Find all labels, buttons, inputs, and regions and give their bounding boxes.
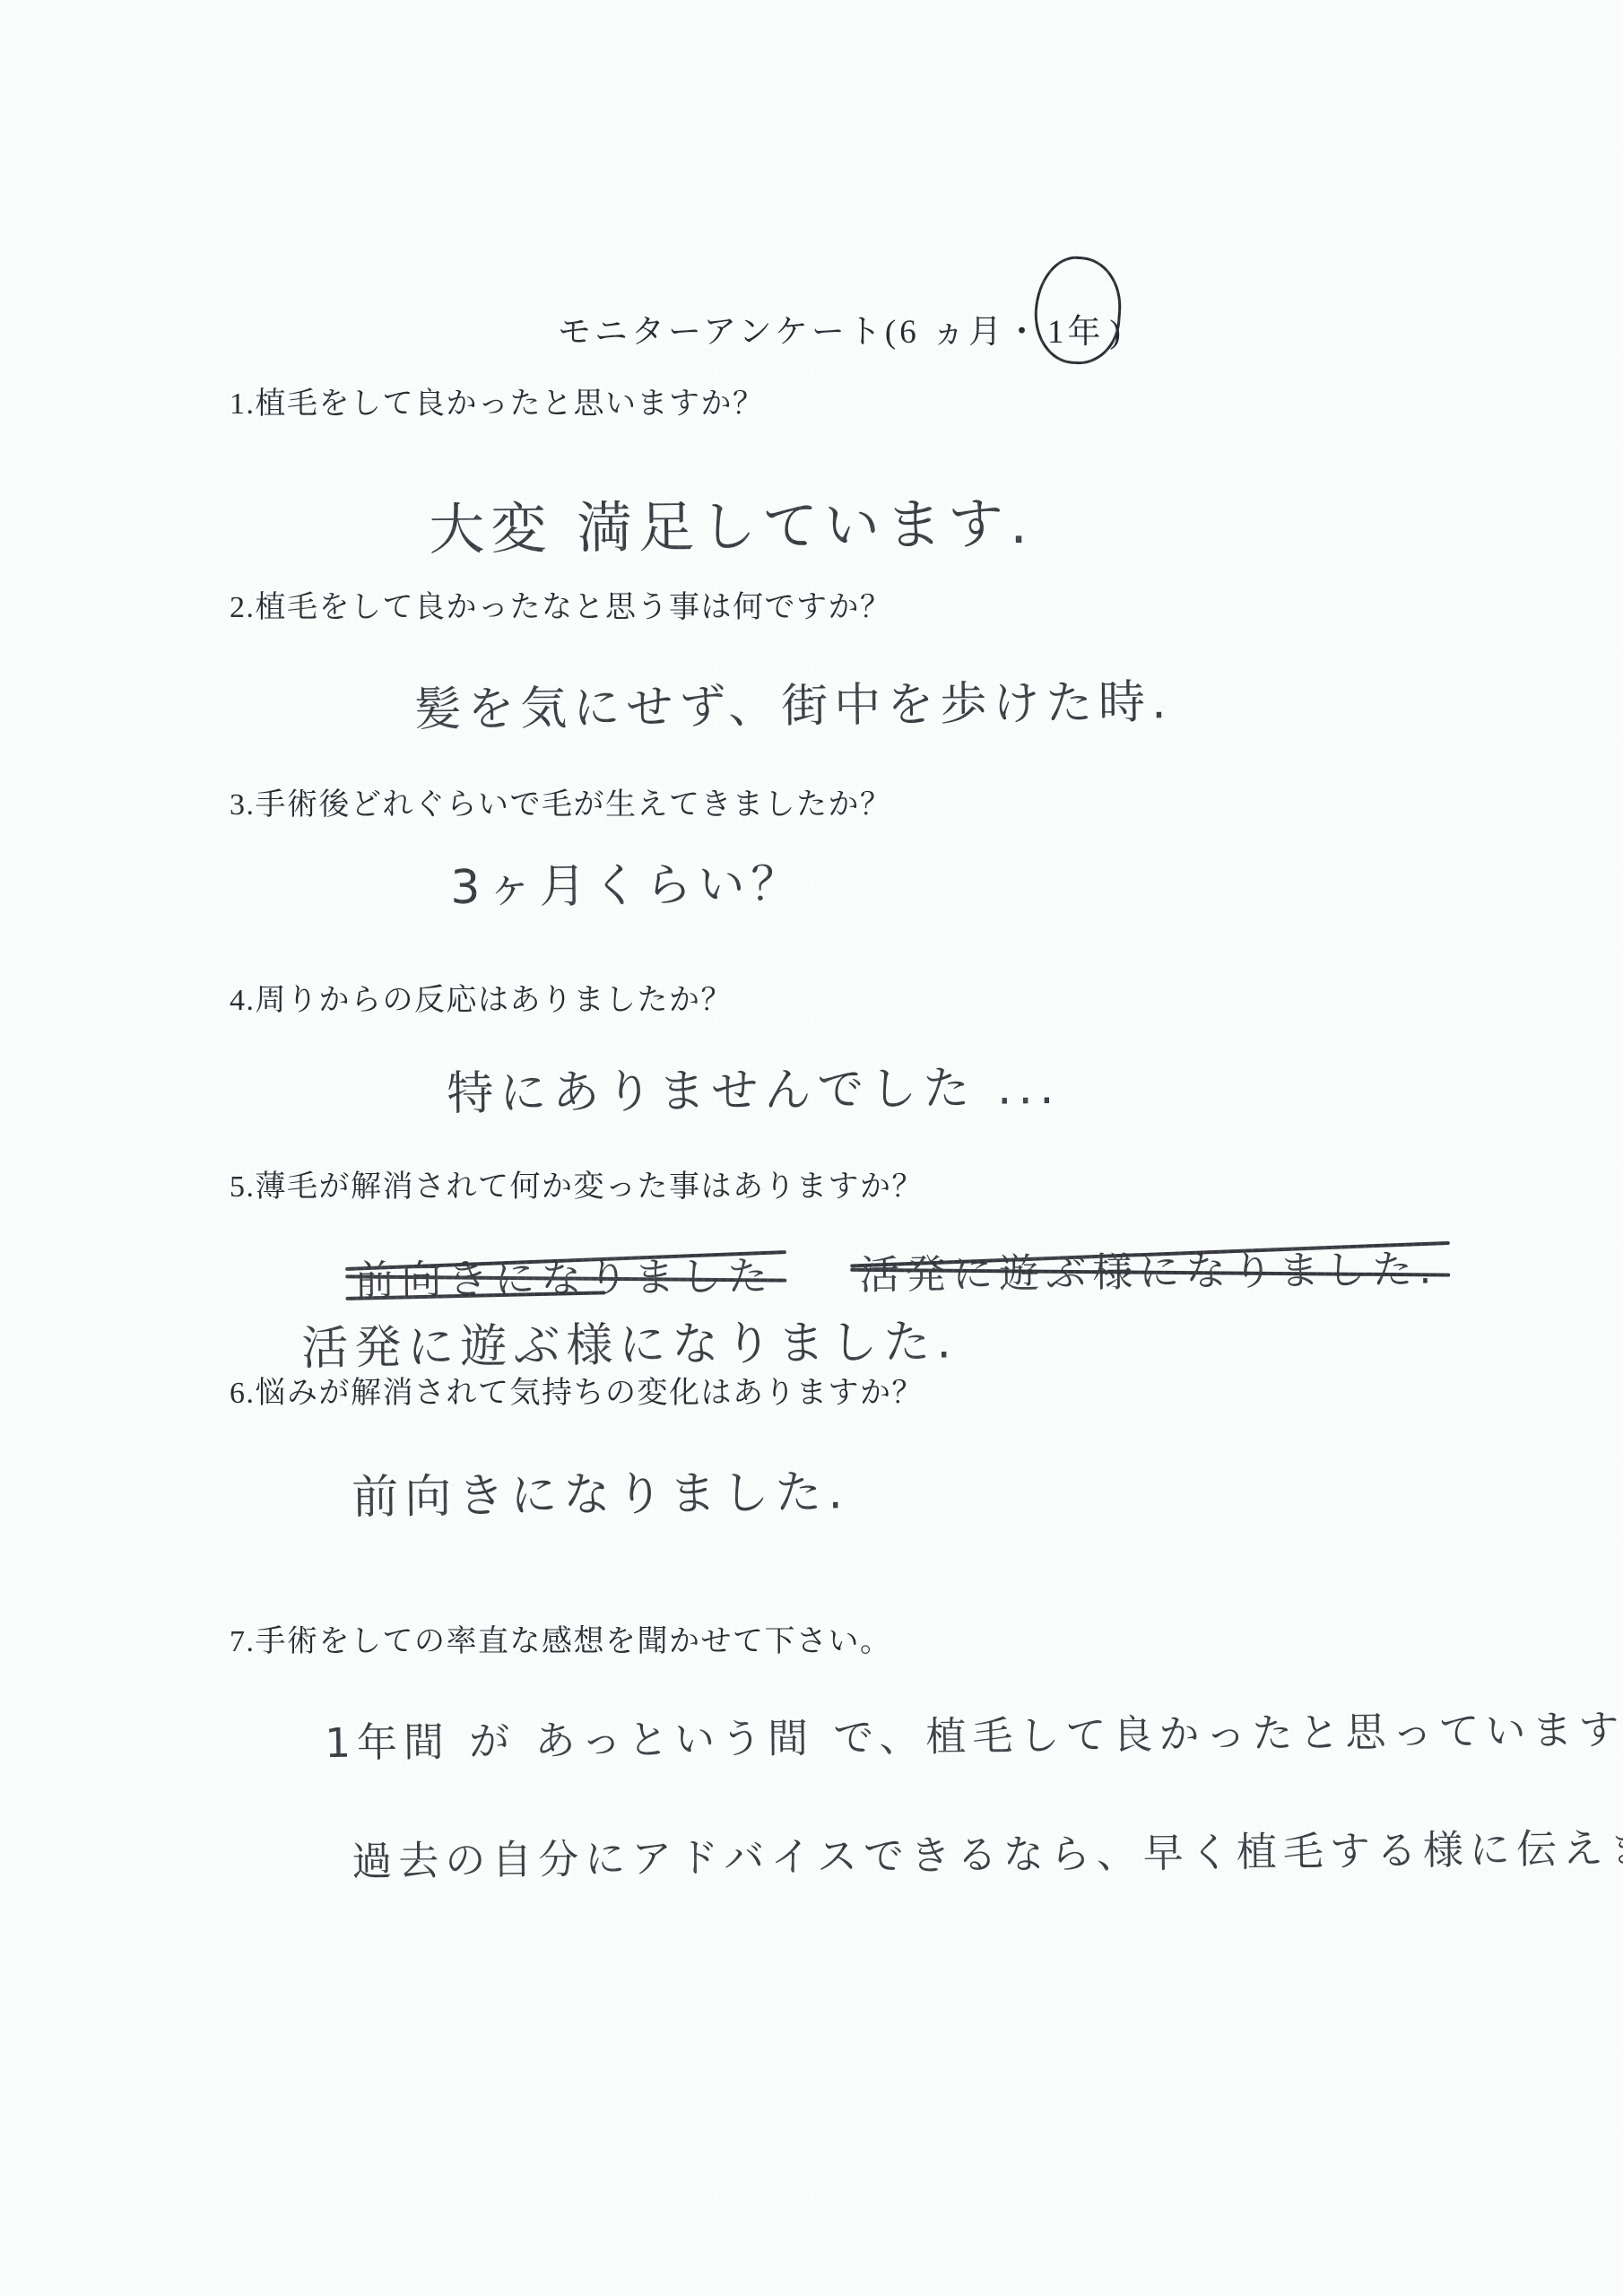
answer-4-handwriting: 特にありませんでした ...: [447, 1059, 1061, 1124]
struck-text-1: 前向きになりました: [354, 1252, 775, 1304]
answer-5-struck-phrase-2: 活発に遊ぶ様になりました.: [859, 1244, 1438, 1300]
answer-1-handwriting: 大変 満足しています.: [429, 489, 1034, 565]
page-title: モニターアンケート(6 ヵ月・1年): [558, 312, 1124, 353]
question-2: 2.植毛をして良かったなと思う事は何ですか？: [230, 589, 892, 628]
answer-3-handwriting: 3ヶ月くらい？: [450, 856, 804, 918]
question-1: 1.植毛をして良かったと思いますか？: [230, 386, 765, 424]
answer-6-handwriting: 前向きになりました.: [352, 1464, 849, 1527]
question-5: 5.薄毛が解消されて何か変った事はありますか？: [230, 1169, 924, 1207]
handwriting-gap: [774, 1289, 859, 1290]
answer-5-handwriting: 活発に遊ぶ様になりました.: [301, 1313, 958, 1378]
title-circled-text: 1年: [1047, 314, 1105, 351]
question-7: 7.手術をしての率直な感想を聞かせて下さい。: [230, 1623, 892, 1662]
answer-7-handwriting-line-2: 過去の自分にアドバイスできるなら、早く植毛する様に伝えます.: [352, 1822, 1623, 1887]
struck-text-2: 活発に遊ぶ様になりました.: [859, 1245, 1438, 1299]
answer-5-crossed-out-line: 前向きになりました 活発に遊ぶ様になりました.: [354, 1244, 1438, 1306]
answer-7-handwriting-line-1: 1年間 が あっという間 で、植毛して良かったと思っています.: [325, 1705, 1623, 1770]
title-text-suffix: ): [1110, 314, 1124, 351]
title-text-prefix: モニターアンケート(6 ヵ月・: [558, 314, 1042, 351]
scanned-questionnaire-page: モニターアンケート(6 ヵ月・1年) 1.植毛をして良かったと思いますか？ 大変…: [0, 0, 1623, 2296]
answer-5-struck-phrase-1: 前向きになりました: [354, 1251, 775, 1306]
question-3: 3.手術後どれぐらいで毛が生えてきましたか？: [230, 787, 892, 825]
answer-2-handwriting: 髪を気にせず、街中を歩けた時.: [414, 674, 1173, 740]
circled-answer-one-year: 1年: [1042, 312, 1110, 353]
question-4: 4.周りからの反応はありましたか？: [230, 982, 733, 1021]
question-6: 6.悩みが解消されて気持ちの変化はありますか？: [230, 1375, 924, 1413]
